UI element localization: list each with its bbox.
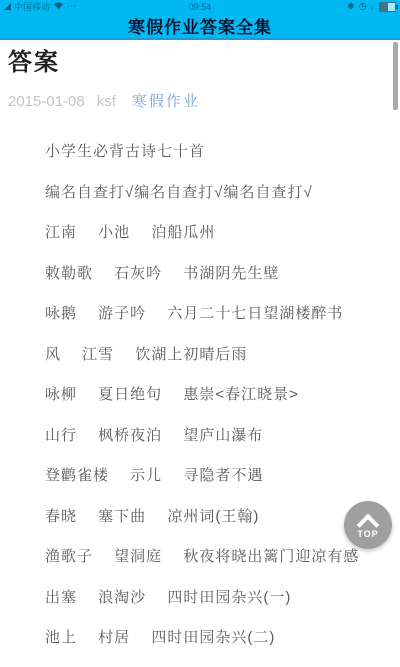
list-item: 渔歌子 望洞庭 秋夜将晓出篱门迎凉有感 [0,537,400,578]
list-item: 风 江雪 饮湖上初晴后雨 [0,335,400,376]
top-button-label: TOP [344,529,392,539]
list-item: 山行 枫桥夜泊 望庐山瀑布 [0,416,400,457]
list-item: 池上 村居 四时田园杂兴(二) [0,618,400,659]
list-item: 春晓 塞下曲 凉州词(王翰) [0,497,400,538]
article-tag-link[interactable]: 寒假作业 [132,93,200,110]
bluetooth-icon: ✱ [347,1,355,12]
article-content: 答案 2015-01-08ksf寒假作业 小学生必背古诗七十首编名自查打√编名自… [0,48,400,659]
list-item: 咏鹅 游子吟 六月二十七日望湖楼醉书 [0,294,400,335]
list-item: 登鹳雀楼 示儿 寻隐者不遇 [0,456,400,497]
alarm-icon: ◷ [359,1,367,12]
article-meta: 2015-01-08ksf寒假作业 [8,92,400,112]
status-bar: 中国移动 ⋯ 09:54 ✱ ◷ ♪ [0,0,400,13]
article-date: 2015-01-08 [8,93,85,110]
list-item: 江南 小池 泊船瓜州 [0,213,400,254]
list-item: 出塞 浪淘沙 四时田园杂兴(一) [0,578,400,619]
scrollbar-thumb[interactable] [393,42,398,110]
list-item: 敕勒歌 石灰吟 书湖阴先生壁 [0,254,400,295]
list-item: 编名自查打√编名自查打√编名自查打√ [0,173,400,214]
app-header: 中国移动 ⋯ 09:54 ✱ ◷ ♪ 寒假作业答案全集 [0,0,400,40]
list-item: 小学生必背古诗七十首 [0,132,400,173]
ringer-icon: ♪ [371,2,376,12]
status-right: ✱ ◷ ♪ [347,1,396,12]
status-time: 09:54 [0,2,400,12]
article-author: ksf [97,93,116,110]
page-title: 答案 [8,48,400,78]
poem-list: 小学生必背古诗七十首编名自查打√编名自查打√编名自查打√江南 小池 泊船瓜州敕勒… [0,132,400,659]
screen: 中国移动 ⋯ 09:54 ✱ ◷ ♪ 寒假作业答案全集 答案 2015- [0,0,400,667]
battery-icon [379,2,396,12]
list-item: 咏柳 夏日绝句 惠崇<春江晓景> [0,375,400,416]
title-bar: 寒假作业答案全集 [0,13,400,38]
back-to-top-button[interactable]: TOP [344,501,392,549]
app-title: 寒假作业答案全集 [128,13,272,38]
